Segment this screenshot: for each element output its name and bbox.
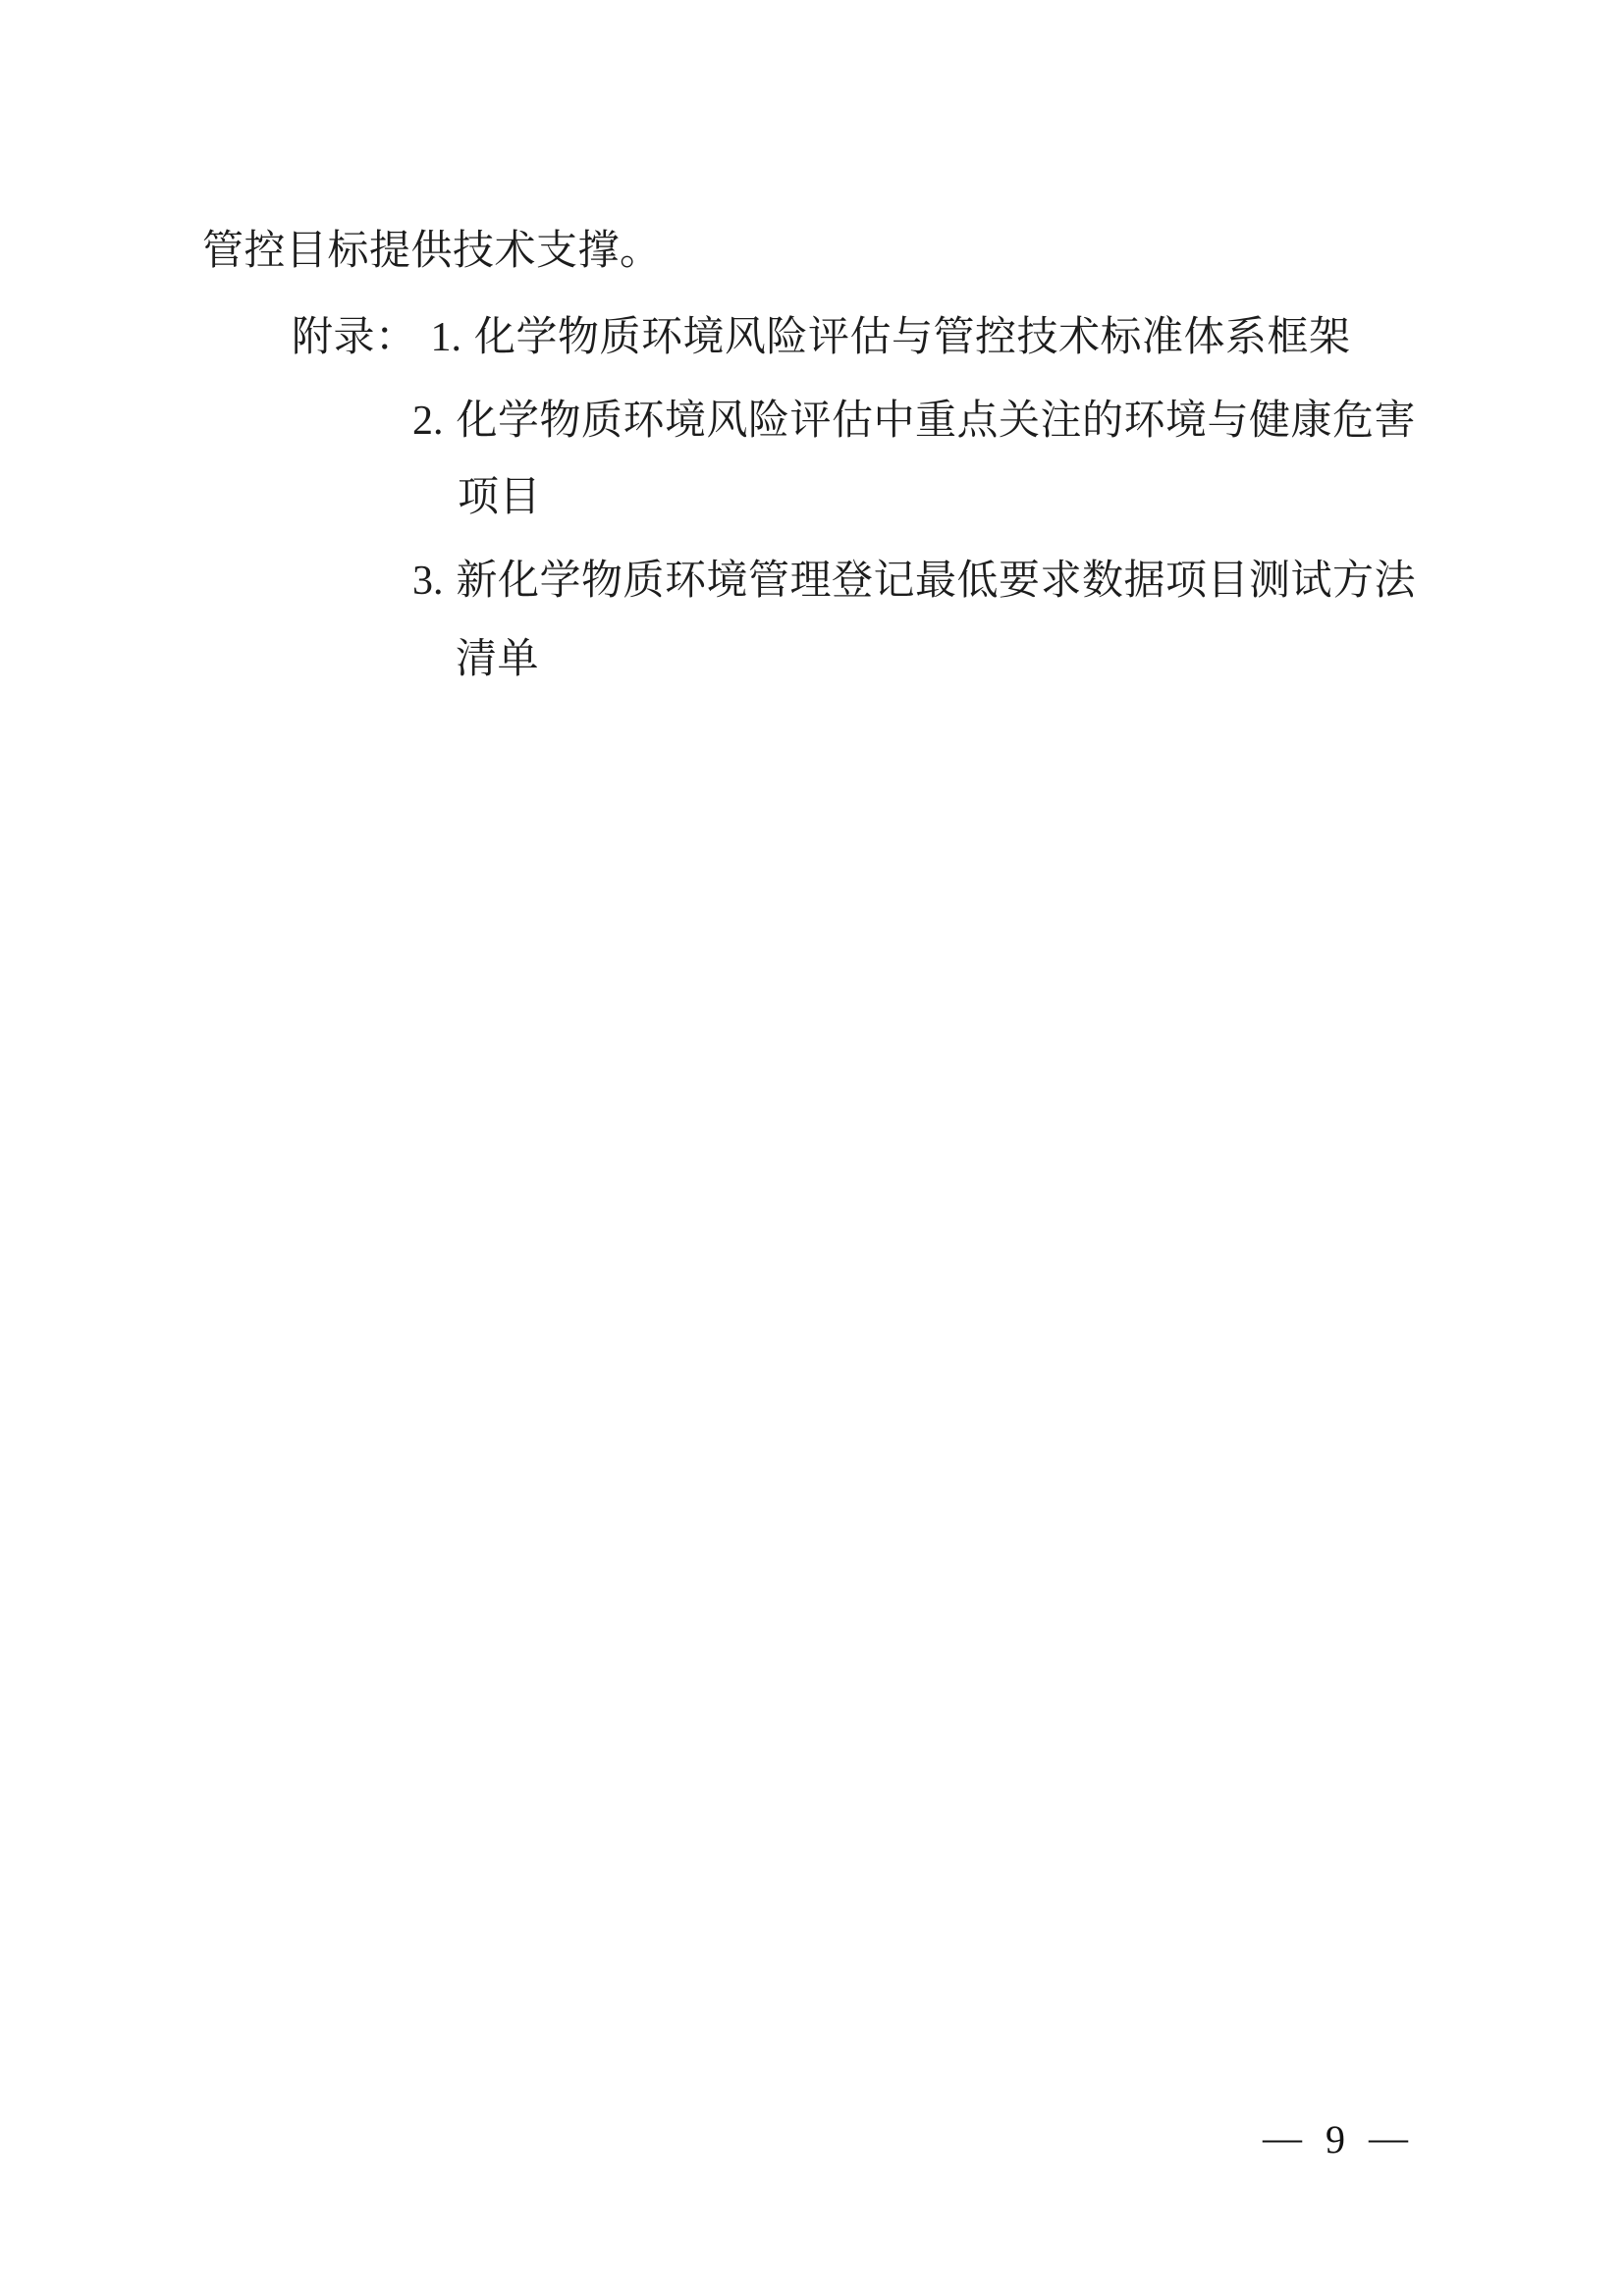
closing-paragraph-line: 管控目标提供技术支撑。 bbox=[202, 229, 662, 274]
appendix-item-2: 2.化学物质环境风险评估中重点关注的环境与健康危害 bbox=[412, 399, 1416, 444]
footer-dash-right: — bbox=[1369, 2118, 1408, 2158]
page-footer: — 9 — bbox=[1263, 2120, 1408, 2160]
document-page: 管控目标提供技术支撑。 附录：1.化学物质环境风险评估与管控技术标准体系框架 2… bbox=[0, 0, 1624, 2296]
appendix-item-3-continuation: 清单 bbox=[456, 637, 539, 682]
appendix-item-1-number: 1. bbox=[431, 315, 462, 360]
appendix-item-3: 3.新化学物质环境管理登记最低要求数据项目测试方法 bbox=[412, 559, 1416, 604]
appendix-item-3-text: 新化学物质环境管理登记最低要求数据项目测试方法 bbox=[457, 559, 1417, 604]
footer-dash-left: — bbox=[1263, 2118, 1302, 2158]
appendix-label: 附录： bbox=[292, 315, 417, 360]
appendix-item-3-number: 3. bbox=[412, 559, 444, 604]
appendix-item-2-text: 化学物质环境风险评估中重点关注的环境与健康危害 bbox=[457, 399, 1417, 444]
appendix-item-2-continuation: 项目 bbox=[458, 475, 541, 520]
appendix-item-2-number: 2. bbox=[412, 399, 444, 444]
appendix-item-1: 附录：1.化学物质环境风险评估与管控技术标准体系框架 bbox=[292, 315, 1351, 360]
page-number: 9 bbox=[1326, 2120, 1345, 2160]
appendix-item-1-text: 化学物质环境风险评估与管控技术标准体系框架 bbox=[474, 315, 1351, 360]
